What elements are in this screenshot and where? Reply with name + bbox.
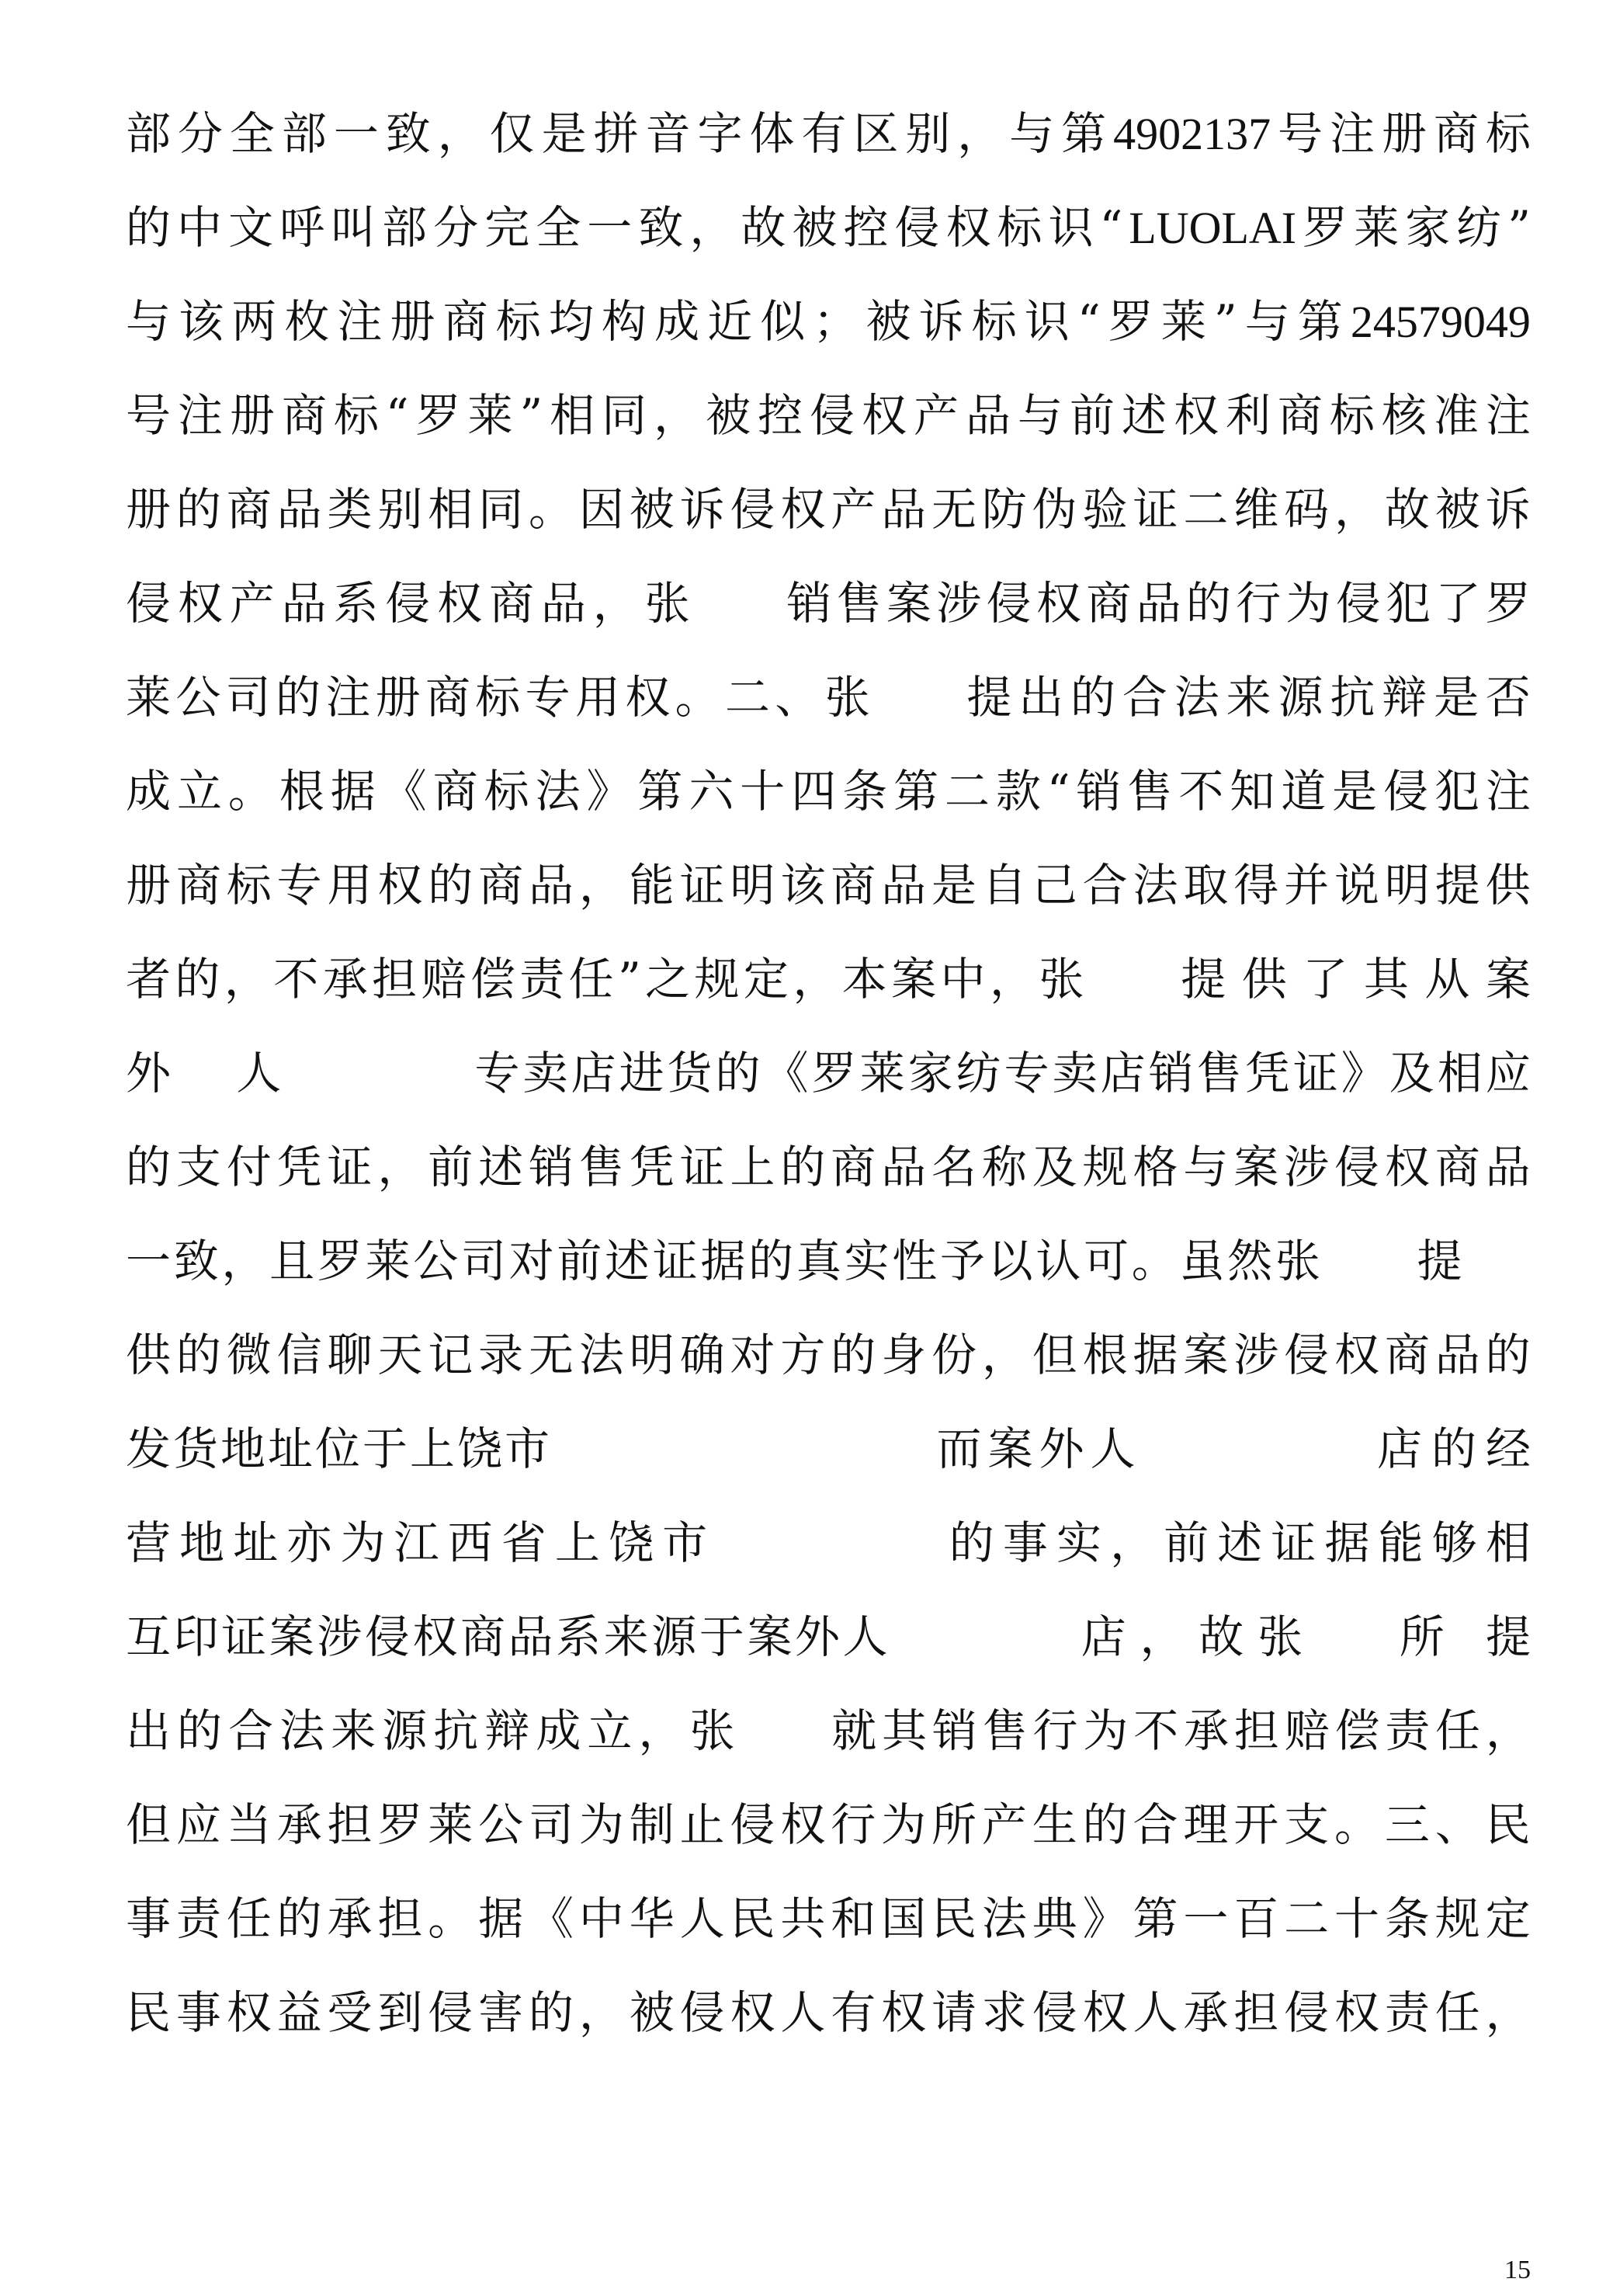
text-segment: 销售案涉侵权商品的行为侵犯了罗 [786, 557, 1531, 651]
text-line: 的支付凭证，前述销售凭证上的商品名称及规格与案涉侵权商品 [126, 1120, 1531, 1214]
text-segment: 而案外人 [936, 1402, 1135, 1496]
text-line: 民事权益受到侵害的，被侵权人有权请求侵权人承担侵权责任， [126, 1966, 1531, 2060]
text-segment: 外人 [126, 1026, 281, 1120]
text-line: 外人专卖店进货的《罗莱家纺专卖店销售凭证》及相应 [126, 1026, 1531, 1120]
text-line: 供的微信聊天记录无法明确对方的身份，但根据案涉侵权商品的 [126, 1308, 1531, 1402]
text-segment: 提出的合法来源抗辩是否 [966, 651, 1531, 745]
text-line: 发货地址位于上饶市而案外人店的经 [126, 1402, 1531, 1496]
text-segment: 册商标专用权的商品，能证明该商品是自己合法取得并说明提供 [126, 839, 1531, 933]
document-page: 部分全部一致，仅是拼音字体有区别，与第4902137号注册商标的中文呼叫部分完全… [0, 0, 1620, 2296]
text-line: 与该两枚注册商标均构成近似；被诉标识“罗莱”与第24579049 [126, 275, 1531, 369]
text-line: 册的商品类别相同。因被诉侵权产品无防伪验证二维码，故被诉 [126, 463, 1531, 557]
text-segment: 提供了其从案 [1181, 933, 1531, 1026]
text-line: 营地址亦为江西省上饶市的事实，前述证据能够相 [126, 1496, 1531, 1590]
text-segment: 事责任的承担。据《中华人民共和国民法典》第一百二十条规定 [126, 1872, 1531, 1966]
text-line: 侵权产品系侵权商品，张销售案涉侵权商品的行为侵犯了罗 [126, 557, 1531, 651]
text-line: 一致，且罗莱公司对前述证据的真实性予以认可。虽然张提 [126, 1214, 1531, 1308]
text-segment: 出的合法来源抗辩成立，张 [126, 1684, 735, 1778]
text-segment: 发货地址位于上饶市 [126, 1402, 550, 1496]
text-segment: 但应当承担罗莱公司为制止侵权行为所产生的合理开支。三、民 [126, 1778, 1531, 1872]
body-text: 部分全部一致，仅是拼音字体有区别，与第4902137号注册商标的中文呼叫部分完全… [126, 87, 1531, 2060]
text-line: 成立。根据《商标法》第六十四条第二款“销售不知道是侵犯注 [126, 745, 1531, 839]
text-segment: 营地址亦为江西省上饶市 [126, 1496, 707, 1590]
text-line: 莱公司的注册商标专用权。二、张提出的合法来源抗辩是否 [126, 651, 1531, 745]
text-segment: 册的商品类别相同。因被诉侵权产品无防伪验证二维码，故被诉 [126, 463, 1531, 557]
text-segment: 供的微信聊天记录无法明确对方的身份，但根据案涉侵权商品的 [126, 1308, 1531, 1402]
text-segment: 店的经 [1377, 1402, 1531, 1496]
text-segment: 提 [1417, 1214, 1531, 1308]
text-line: 部分全部一致，仅是拼音字体有区别，与第4902137号注册商标 [126, 87, 1531, 181]
text-segment: 店，故张 [1081, 1590, 1303, 1684]
text-segment: 的支付凭证，前述销售凭证上的商品名称及规格与案涉侵权商品 [126, 1120, 1531, 1214]
page-number: 15 [1504, 2256, 1531, 2285]
text-segment: 专卖店进货的《罗莱家纺专卖店销售凭证》及相应 [474, 1026, 1531, 1120]
text-segment: 者的，不承担赔偿责任”之规定，本案中，张 [126, 933, 1084, 1026]
text-segment: 的事实，前述证据能够相 [949, 1496, 1531, 1590]
text-segment: 号注册商标“罗莱”相同，被控侵权产品与前述权利商标核准注 [126, 369, 1531, 463]
text-segment: 民事权益受到侵害的，被侵权人有权请求侵权人承担侵权责任， [126, 1966, 1531, 2060]
text-segment: 就其销售行为不承担赔偿责任， [831, 1684, 1531, 1778]
text-line: 互印证案涉侵权商品系来源于案外人店，故张所提 [126, 1590, 1531, 1684]
text-segment: 一致，且罗莱公司对前述证据的真实性予以认可。虽然张 [126, 1214, 1320, 1308]
text-segment: 互印证案涉侵权商品系来源于案外人 [126, 1590, 888, 1684]
text-segment: 成立。根据《商标法》第六十四条第二款“销售不知道是侵犯注 [126, 745, 1531, 839]
text-line: 出的合法来源抗辩成立，张就其销售行为不承担赔偿责任， [126, 1684, 1531, 1778]
text-line: 册商标专用权的商品，能证明该商品是自己合法取得并说明提供 [126, 839, 1531, 933]
text-line: 者的，不承担赔偿责任”之规定，本案中，张提供了其从案 [126, 933, 1531, 1026]
text-segment: 部分全部一致，仅是拼音字体有区别，与第4902137号注册商标 [126, 87, 1531, 181]
text-line: 事责任的承担。据《中华人民共和国民法典》第一百二十条规定 [126, 1872, 1531, 1966]
text-segment: 莱公司的注册商标专用权。二、张 [126, 651, 870, 745]
text-segment: 侵权产品系侵权商品，张 [126, 557, 690, 651]
text-line: 号注册商标“罗莱”相同，被控侵权产品与前述权利商标核准注 [126, 369, 1531, 463]
text-segment: 的中文呼叫部分完全一致，故被控侵权标识“LUOLAI罗莱家纺” [126, 181, 1531, 275]
text-segment: 与该两枚注册商标均构成近似；被诉标识“罗莱”与第24579049 [126, 275, 1531, 369]
text-line: 的中文呼叫部分完全一致，故被控侵权标识“LUOLAI罗莱家纺” [126, 181, 1531, 275]
text-line: 但应当承担罗莱公司为制止侵权行为所产生的合理开支。三、民 [126, 1778, 1531, 1872]
text-segment: 所提 [1400, 1590, 1531, 1684]
